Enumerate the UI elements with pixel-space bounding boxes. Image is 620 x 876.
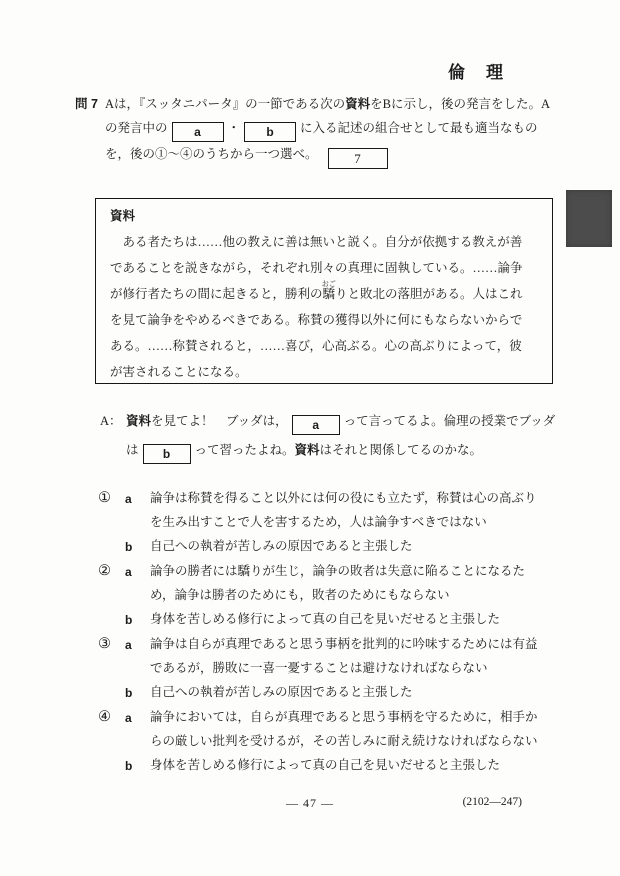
- source-heading: 資料: [110, 203, 532, 229]
- remark-seg-2: を見てよ！ ブッダは，: [151, 414, 288, 428]
- subject-title: 倫 理: [448, 58, 505, 83]
- remark-shiryo-bold-2: 資料: [295, 443, 320, 457]
- option-1-b-label: b: [125, 534, 150, 559]
- option-2-number: ②: [98, 559, 125, 607]
- spacer: [98, 607, 125, 632]
- question-text-3: に入る記述の組合せとして最も適当なものを，後の①～④のうちから一つ選べ。: [105, 121, 538, 161]
- exam-page: { "page": { "subject": "倫 理", "footer_pa…: [0, 0, 620, 876]
- remark-seg-4: って習ったよね。: [195, 443, 295, 457]
- option-1-b-text: 自己への執着が苦しみの原因であると主張した: [150, 534, 546, 559]
- option-4: ④ a 論争においては，自らが真理であると思う事柄を守るために，相手からの厳しい…: [98, 705, 548, 778]
- footer-page-number: — 47 —: [0, 796, 620, 811]
- option-3: ③ a 論争は自らが真理であると思う事柄を批判的に吟味するためには有益であるが，…: [98, 632, 548, 705]
- answer-number-box: 7: [328, 148, 388, 169]
- option-1: ① a 論争は称賛を得ること以外には何の役にも立たず，称賛は心の高ぶりを生み出す…: [98, 486, 548, 559]
- options-list: ① a 論争は称賛を得ること以外には何の役にも立たず，称賛は心の高ぶりを生み出す…: [98, 486, 548, 778]
- option-4-b-label: b: [125, 753, 150, 778]
- option-4-number: ④: [98, 705, 125, 753]
- spacer: [98, 680, 125, 705]
- option-2-b-label: b: [125, 607, 150, 632]
- question-intro: 問 7 Aは，『スッタニパータ』の一節である次の資料をBに示し，後の発言をした。…: [75, 92, 557, 169]
- footer-form-code: (2102—247): [463, 796, 522, 808]
- spacer: [98, 753, 125, 778]
- option-2-b-text: 身体を苦しめる修行によって真の自己を見いだせると主張した: [150, 607, 546, 632]
- option-2: ② a 論争の勝者には驕りが生じ，論争の敗者は失意に陥ることになるため，論争は勝…: [98, 559, 548, 632]
- index-tab: [566, 190, 612, 247]
- option-4-b-text: 身体を苦しめる修行によって真の自己を見いだせると主張した: [150, 753, 546, 778]
- ruby-furigana: おご: [322, 280, 336, 288]
- blank-box-a: a: [172, 122, 224, 142]
- option-2-a-label: a: [125, 559, 150, 607]
- ruby-base: 驕: [322, 287, 336, 301]
- blank-box-b: b: [244, 122, 296, 142]
- option-3-a-label: a: [125, 632, 150, 680]
- speaker-a-remark: A： 資料を見てよ！ ブッダは，aって言ってるよ。倫理の授業でブッダはbって習っ…: [100, 407, 556, 465]
- option-4-a-text: 論争においては，自らが真理であると思う事柄を守るために，相手からの厳しい批判を受…: [150, 705, 546, 753]
- option-3-b-text: 自己への執着が苦しみの原因であると主張した: [150, 680, 546, 705]
- question-number-label: 問 7: [75, 92, 98, 116]
- option-3-b-label: b: [125, 680, 150, 705]
- remark-shiryo-bold-1: 資料: [126, 414, 151, 428]
- spacer: [98, 534, 125, 559]
- question-text-shiryo-bold: 資料: [345, 97, 370, 111]
- source-text: ある者たちは……他の教えに善は無いと説く。自分が依拠する教えが善であることを説き…: [110, 229, 532, 385]
- remark-seg-6: はそれと関係してるのかな。: [320, 443, 483, 457]
- blank-separator: ・: [228, 121, 241, 135]
- option-2-a-text: 論争の勝者には驕りが生じ，論争の敗者は失意に陥ることになるため，論争は勝者のため…: [150, 559, 546, 607]
- option-3-number: ③: [98, 632, 125, 680]
- option-1-a-label: a: [125, 486, 150, 534]
- option-3-a-text: 論争は自らが真理であると思う事柄を批判的に吟味するためには有益であるが，勝敗に一…: [150, 632, 546, 680]
- remark-blank-box-a: a: [292, 415, 340, 435]
- remark-blank-box-b: b: [143, 444, 191, 464]
- source-box: 資料 ある者たちは……他の教えに善は無いと説く。自分が依拠する教えが善であること…: [95, 198, 553, 384]
- option-4-a-label: a: [125, 705, 150, 753]
- speaker-label: A：: [100, 407, 122, 436]
- option-1-number: ①: [98, 486, 125, 534]
- option-1-a-text: 論争は称賛を得ること以外には何の役にも立たず，称賛は心の高ぶりを生み出すことで人…: [150, 486, 546, 534]
- question-text-1: Aは，『スッタニパータ』の一節である次の: [105, 97, 345, 111]
- ruby-ogori: 驕おご: [323, 287, 336, 301]
